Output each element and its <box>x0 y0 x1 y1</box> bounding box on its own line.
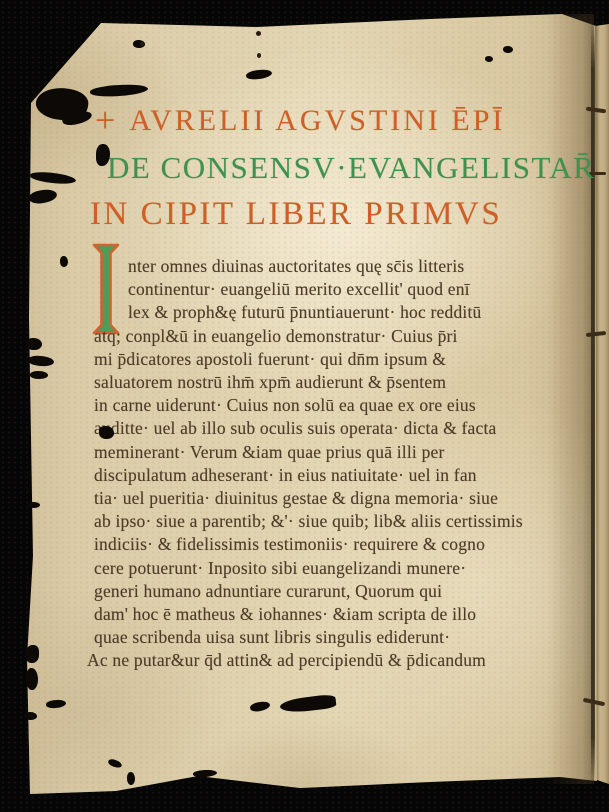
pricking-hole <box>256 31 261 36</box>
fold-line <box>591 24 595 782</box>
cross-icon: + <box>95 100 115 140</box>
ink-smudge <box>26 338 42 350</box>
text-line: auditte· uel ab illo sub oculis suis ope… <box>94 417 580 440</box>
ink-blot-on-text <box>99 426 114 439</box>
text-line: continentur· euangeliū merito excellit' … <box>94 278 580 301</box>
text-line: tia· uel pueritia· diuinitus gestae & di… <box>94 487 580 510</box>
text-block: nter omnes diuinas auctoritates quę sc̄i… <box>94 255 580 673</box>
text-line: nter omnes diuinas auctoritates quę sc̄i… <box>94 255 580 278</box>
ink-smudge <box>25 645 39 663</box>
text-line: dam' hoc ē matheus & iohannes· &iam scri… <box>94 603 580 626</box>
text-line: mi p̄dicatores apostoli fuerunt· qui dn̄… <box>94 348 580 371</box>
text-line: quae scribenda uisa sunt libris singulis… <box>94 626 580 649</box>
text-line: lex & proph&ę futurū p̄nuntiauerunt· hoc… <box>94 301 580 324</box>
binding-gutter <box>595 24 609 784</box>
text-line: saluatorem nostrū ihm̄ xpm̄ audierunt & … <box>94 371 580 394</box>
manuscript-photo: +AVRELII AGVSTINI ĒPĪ DE CONSENSV·EVANGE… <box>0 0 609 812</box>
text-line: atq; conpl&ū in euangelio demonstratur· … <box>94 325 580 348</box>
ink-smudge <box>60 256 68 267</box>
text-line: Ac ne putar&ur q̄d attin& ad percipiendū… <box>87 649 580 672</box>
text-line: indiciis· & fidelissimis testimoniis· re… <box>94 533 580 556</box>
ink-smudge <box>503 46 513 53</box>
text-line: in carne uiderunt· Cuius non solū ea qua… <box>94 394 580 417</box>
ink-smudge <box>127 772 135 785</box>
rubric-line-2: DE CONSENSV·EVANGELISTAR̄ <box>107 150 595 186</box>
text-line: cere potuerunt· Inposito sibi euangeliza… <box>94 557 580 580</box>
rubric-line-3: IN CIPIT LIBER PRIMVS <box>90 196 502 233</box>
ink-smudge <box>26 668 38 690</box>
pricking-hole <box>257 53 261 58</box>
text-line: meminerant· Verum &iam quae prius quā il… <box>94 441 580 464</box>
rubric-line-1: +AVRELII AGVSTINI ĒPĪ <box>95 99 505 141</box>
text-line: generi humano adnuntiare curarunt, Quoru… <box>94 580 580 603</box>
pricking-hole <box>140 42 144 46</box>
rubric-line-1-text: AVRELII AGVSTINI ĒPĪ <box>129 104 505 137</box>
ink-smudge <box>485 56 493 62</box>
ink-smudge <box>28 502 40 508</box>
text-line: ab ipso· siue a parentib; &'· siue quib;… <box>94 510 580 533</box>
text-line: discipulatum adheserant· in eius natiuit… <box>94 464 580 487</box>
ink-smudge <box>24 712 37 720</box>
ink-smudge <box>30 371 48 379</box>
